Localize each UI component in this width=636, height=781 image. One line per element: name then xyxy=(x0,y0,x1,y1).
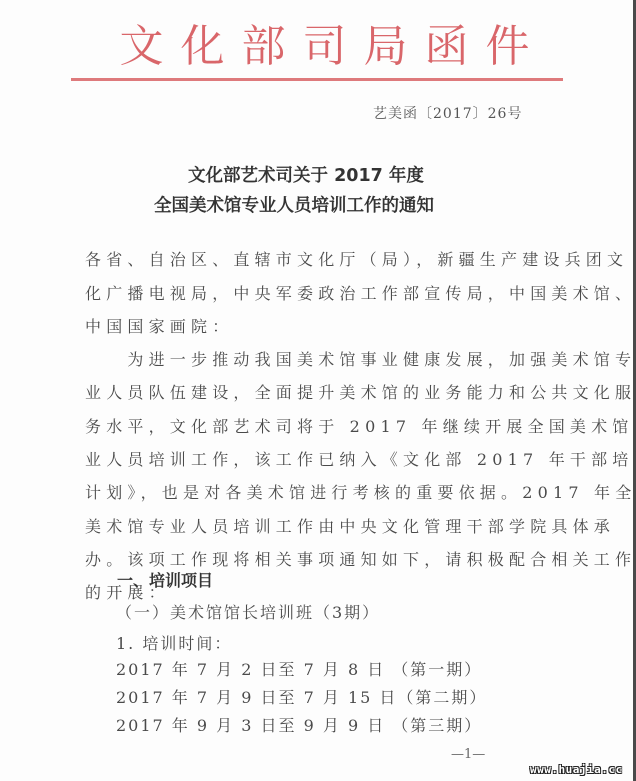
session-date: 2017 年 7 月 9 日至 7 月 15 日（第二期） xyxy=(116,685,487,708)
body-text-line: 计划》，也是对各美术馆进行考核的重要依据。2017 年全国 xyxy=(85,480,636,503)
body-text-line: 为进一步推动我国美术馆事业健康发展，加强美术馆专 xyxy=(85,347,636,370)
body-text-line: 业人员培训工作，该工作已纳入《文化部 2017 年干部培训 xyxy=(85,447,636,470)
watermark: www.huajia.cc xyxy=(530,763,623,776)
section-heading: 一、培训项目 xyxy=(117,568,213,591)
document-page: 文化部司局函件 艺美函〔2017〕26号 文化部艺术司关于 2017 年度 全国… xyxy=(0,0,636,781)
masthead-title: 文化部司局函件 xyxy=(0,10,636,74)
document-number: 艺美函〔2017〕26号 xyxy=(373,103,522,123)
session-date: 2017 年 9 月 3 日至 9 月 9 日 （第三期） xyxy=(116,713,482,736)
body-text-line: 美术馆专业人员培训工作由中央文化管理干部学院具体承 xyxy=(85,514,615,537)
item-label: 1. 培训时间： xyxy=(116,631,232,654)
body-text-line: 办。该项工作现将相关事项通知如下，请积极配合相关工作 xyxy=(85,547,636,570)
document-title-line-2: 全国美术馆专业人员培训工作的通知 xyxy=(154,192,636,217)
page-number: —1— xyxy=(451,747,485,762)
body-text-line: 化广播电视局，中央军委政治工作部宣传局，中国美术馆、 xyxy=(85,281,636,304)
body-text-line: 业人员队伍建设，全面提升美术馆的业务能力和公共文化服 xyxy=(85,380,636,403)
subsection-heading: （一）美术馆馆长培训班（3期） xyxy=(116,600,380,623)
body-text-line: 各省、自治区、直辖市文化厅（局），新疆生产建设兵团文 xyxy=(85,247,628,270)
body-text-line: 务水平，文化部艺术司将于 2017 年继续开展全国美术馆专 xyxy=(85,414,636,437)
session-date: 2017 年 7 月 2 日至 7 月 8 日 （第一期） xyxy=(116,657,482,680)
masthead-divider xyxy=(71,78,563,81)
document-title-line-1: 文化部艺术司关于 2017 年度 xyxy=(188,162,636,187)
body-text-line: 中国国家画院： xyxy=(85,314,233,337)
